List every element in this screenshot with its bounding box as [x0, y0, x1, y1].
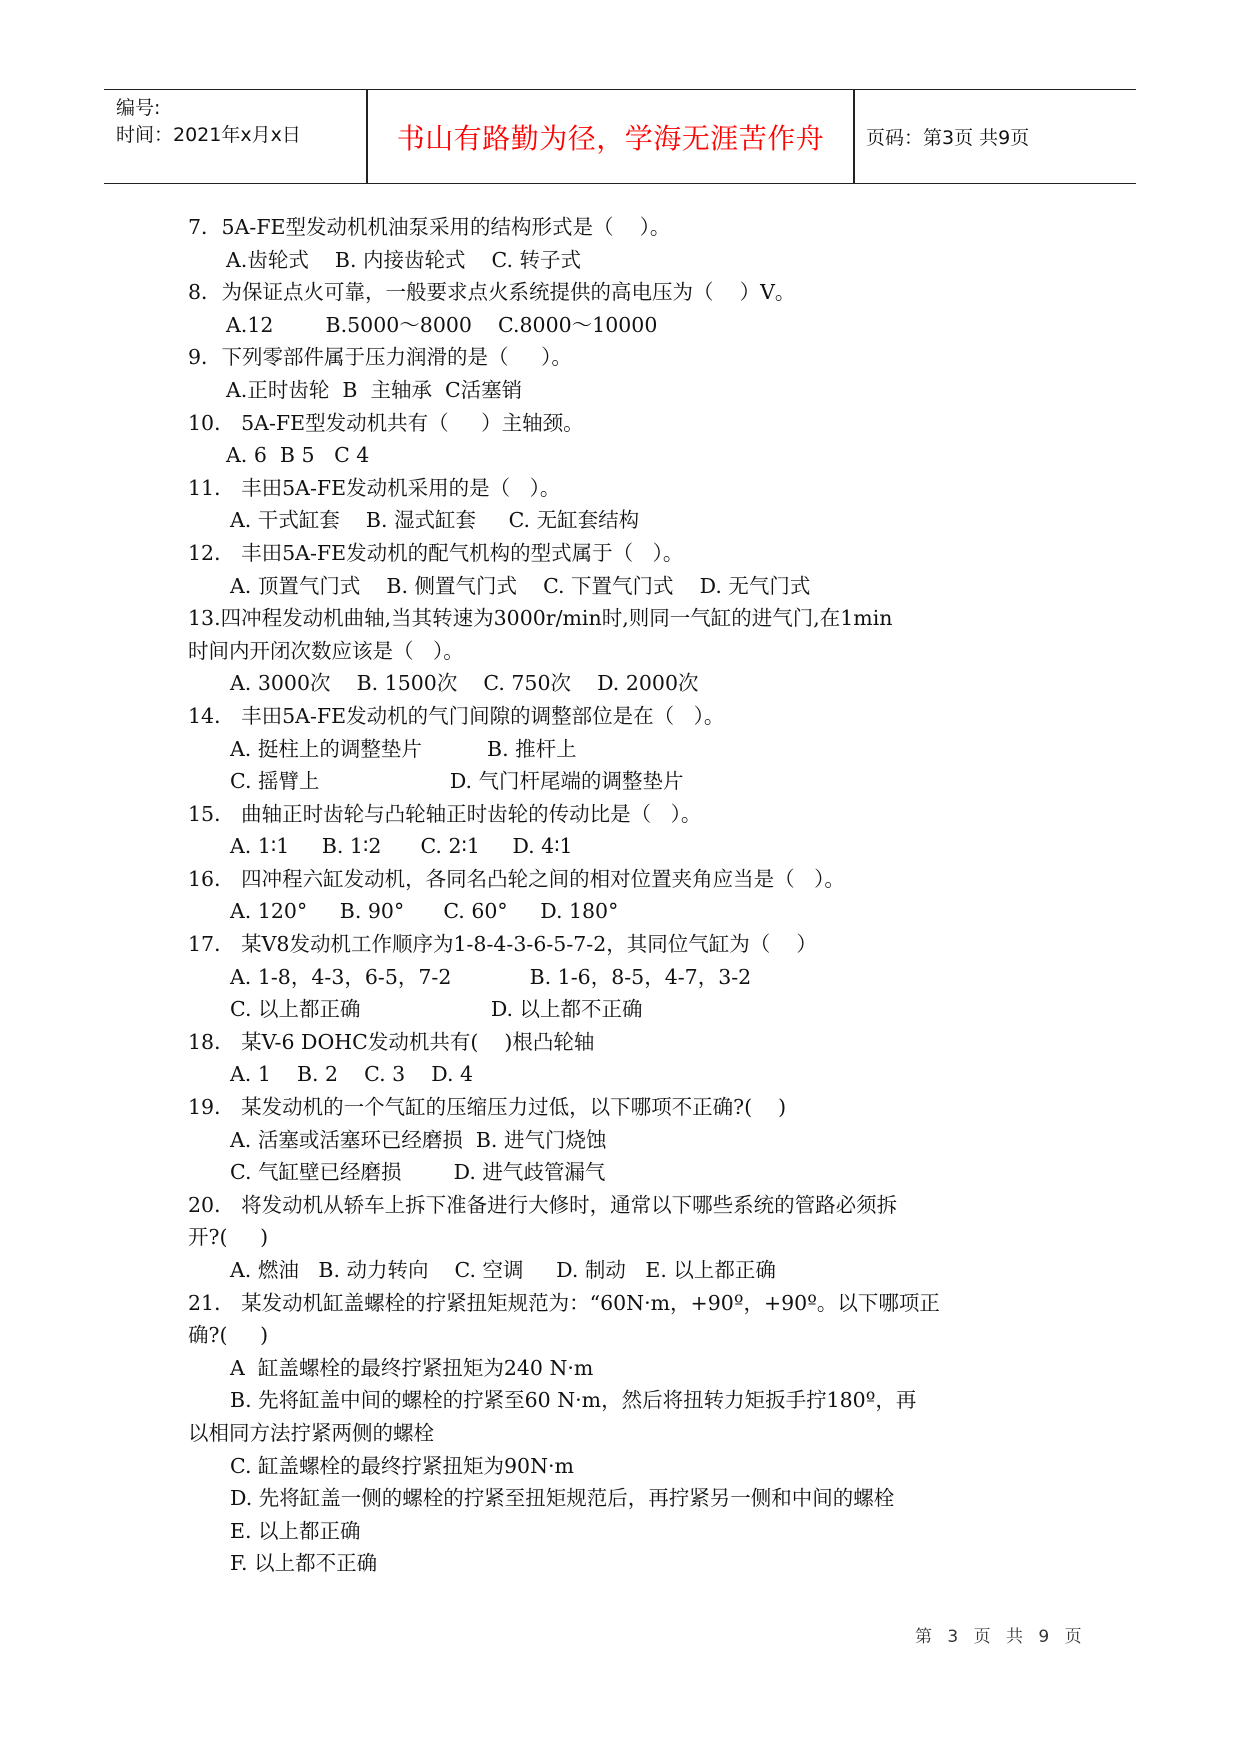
- question-line: 以相同方法拧紧两侧的螺栓: [188, 1417, 1058, 1450]
- question-line: 11． 丰田5A-FE发动机采用的是（ ）。: [188, 472, 1058, 505]
- header-motto: 书山有路勤为径，学海无涯苦作舟: [368, 90, 853, 183]
- option-line: C. 以上都正确 D. 以上都不正确: [188, 993, 1058, 1026]
- option-line: C. 摇臂上 D. 气门杆尾端的调整垫片: [188, 765, 1058, 798]
- option-line: A.正时齿轮 B 主轴承 C活塞销: [188, 374, 1058, 407]
- question-line: 21． 某发动机缸盖螺栓的拧紧扭矩规范为：“60N·m，+90º，+90º。以下…: [188, 1287, 1058, 1320]
- option-line: F. 以上都不正确: [188, 1547, 1058, 1580]
- option-line: A. 3000次 B. 1500次 C. 750次 D. 2000次: [188, 667, 1058, 700]
- question-line: 14． 丰田5A-FE发动机的气门间隙的调整部位是在（ ）。: [188, 700, 1058, 733]
- header-table: 编号: 时间：2021年x月x日 书山有路勤为径，学海无涯苦作舟 页码：第3页 …: [104, 89, 1136, 184]
- question-line: 13.四冲程发动机曲轴,当其转速为3000r/min时,则同一气缸的进气门,在1…: [188, 602, 1058, 635]
- question-line: 时间内开闭次数应该是（ ）。: [188, 635, 1058, 668]
- header-page-code: 页码：第3页 共9页: [866, 90, 1029, 183]
- question-line: 开?( ): [188, 1221, 1058, 1254]
- question-line: 9．下列零部件属于压力润滑的是（ ）。: [188, 341, 1058, 374]
- question-line: 16． 四冲程六缸发动机，各同名凸轮之间的相对位置夹角应当是（ ）。: [188, 863, 1058, 896]
- option-line: B. 先将缸盖中间的螺栓的拧紧至60 N·m，然后将扭转力矩扳手拧180º，再: [188, 1384, 1058, 1417]
- question-line: 10． 5A-FE型发动机共有（ ）主轴颈。: [188, 407, 1058, 440]
- option-line: A. 1∶1 B. 1∶2 C. 2∶1 D. 4∶1: [188, 830, 1058, 863]
- question-line: 7．5A-FE型发动机机油泵采用的结构形式是（ ）。: [188, 211, 1058, 244]
- option-line: A 缸盖螺栓的最终拧紧扭矩为240 N·m: [188, 1352, 1058, 1385]
- option-line: A. 1-8，4-3，6-5，7-2 B. 1-6，8-5，4-7，3-2: [188, 961, 1058, 994]
- option-line: A. 120° B. 90° C. 60° D. 180°: [188, 895, 1058, 928]
- document-time-label: 时间：2021年x月x日: [116, 121, 301, 149]
- option-line: A. 活塞或活塞环已经磨损 B. 进气门烧蚀: [188, 1124, 1058, 1157]
- question-line: 17． 某V8发动机工作顺序为1-8-4-3-6-5-7-2，其同位气缸为（ ）: [188, 928, 1058, 961]
- option-line: A. 1 B. 2 C. 3 D. 4: [188, 1058, 1058, 1091]
- option-line: A. 6 B 5 C 4: [188, 439, 1058, 472]
- question-line: 19． 某发动机的一个气缸的压缩压力过低，以下哪项不正确?( ): [188, 1091, 1058, 1124]
- header-divider: [853, 90, 855, 183]
- document-number-label: 编号:: [116, 94, 160, 122]
- option-line: C. 气缸壁已经磨损 D. 进气歧管漏气: [188, 1156, 1058, 1189]
- question-line: 12． 丰田5A-FE发动机的配气机构的型式属于（ ）。: [188, 537, 1058, 570]
- question-line: 8．为保证点火可靠，一般要求点火系统提供的高电压为（ ）V。: [188, 276, 1058, 309]
- option-line: A. 挺柱上的调整垫片 B. 推杆上: [188, 733, 1058, 766]
- option-line: C. 缸盖螺栓的最终拧紧扭矩为90N·m: [188, 1450, 1058, 1483]
- question-line: 20． 将发动机从轿车上拆下准备进行大修时，通常以下哪些系统的管路必须拆: [188, 1189, 1058, 1222]
- option-line: A. 燃油 B. 动力转向 C. 空调 D. 制动 E. 以上都正确: [188, 1254, 1058, 1287]
- question-line: 15． 曲轴正时齿轮与凸轮轴正时齿轮的传动比是（ ）。: [188, 798, 1058, 831]
- option-line: A. 干式缸套 B. 湿式缸套 C. 无缸套结构: [188, 504, 1058, 537]
- option-line: A.12 B.5000～8000 C.8000～10000: [188, 309, 1058, 342]
- option-line: A.齿轮式 B. 内接齿轮式 C. 转子式: [188, 244, 1058, 277]
- page-footer: 第 3 页 共 9 页: [915, 1622, 1085, 1647]
- question-line: 18． 某V-6 DOHC发动机共有( )根凸轮轴: [188, 1026, 1058, 1059]
- option-line: A. 顶置气门式 B. 侧置气门式 C. 下置气门式 D. 无气门式: [188, 570, 1058, 603]
- question-line: 确?( ): [188, 1319, 1058, 1352]
- option-line: E. 以上都正确: [188, 1515, 1058, 1548]
- header-meta-cell: 编号: 时间：2021年x月x日: [104, 90, 366, 183]
- question-list: 7．5A-FE型发动机机油泵采用的结构形式是（ ）。A.齿轮式 B. 内接齿轮式…: [188, 211, 1058, 1580]
- option-line: D. 先将缸盖一侧的螺栓的拧紧至扭矩规范后，再拧紧另一侧和中间的螺栓: [188, 1482, 1058, 1515]
